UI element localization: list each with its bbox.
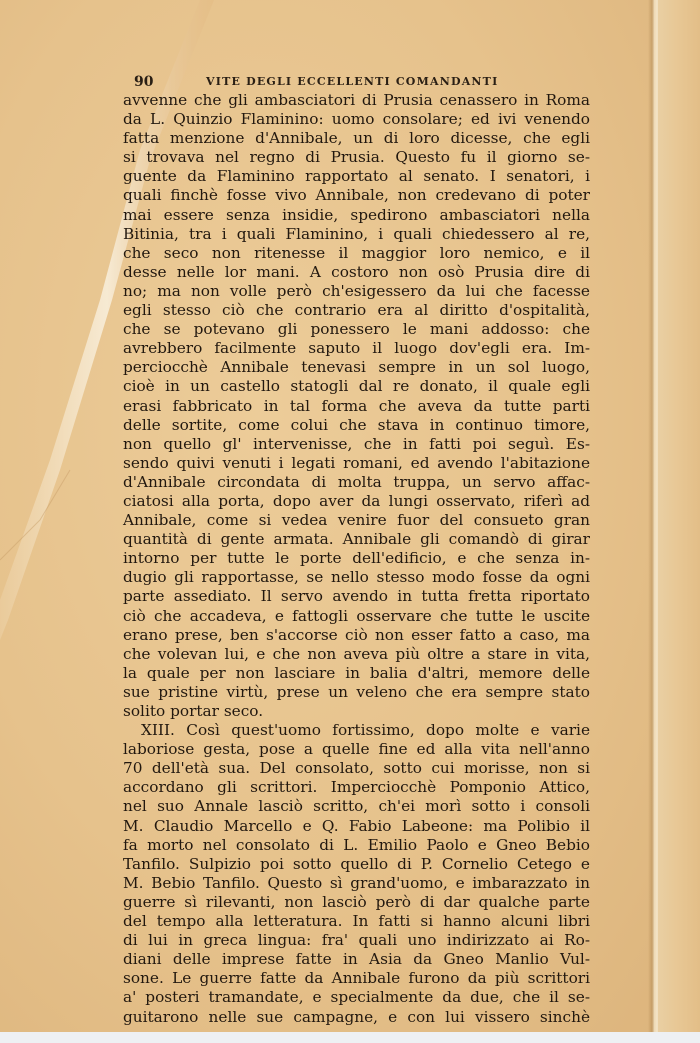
underlying-page-edge xyxy=(656,0,700,1043)
text-line: avvenne che gli ambasciatori di Prusia c… xyxy=(123,91,590,110)
text-line: d'Annibale circondata di molta truppa, u… xyxy=(123,473,590,492)
text-line: intorno per tutte le porte dell'edificio… xyxy=(123,549,590,568)
text-line: mai essere senza insidie, spedirono amba… xyxy=(123,206,590,225)
running-header: 90 VITE DEGLI ECCELLENTI COMANDANTI xyxy=(134,74,594,92)
text-line: solito portar seco. xyxy=(123,702,590,721)
text-line: delle sortite, come colui che stava in c… xyxy=(123,416,590,435)
text-line: di lui in greca lingua: fra' quali uno i… xyxy=(123,931,590,950)
text-line: nel suo Annale lasciò scritto, ch'ei mor… xyxy=(123,797,590,816)
text-line: la quale per non lasciare in balia d'alt… xyxy=(123,664,590,683)
text-line: che seco non ritenesse il maggior loro n… xyxy=(123,244,590,263)
text-line: sendo quivi venuti i legati romani, ed a… xyxy=(123,454,590,473)
text-line: guerre sì rilevanti, non lasciò però di … xyxy=(123,893,590,912)
text-line: ciatosi alla porta, dopo aver da lungi o… xyxy=(123,492,590,511)
text-line: ciò che accadeva, e fattogli osservare c… xyxy=(123,607,590,626)
chapter-start-line: XIII. Così quest'uomo fortissimo, dopo m… xyxy=(123,721,590,740)
text-line: erano prese, ben s'accorse ciò non esser… xyxy=(123,626,590,645)
text-line: che volevan lui, e che non aveva più olt… xyxy=(123,645,590,664)
text-line: Annibale, come si vedea venire fuor del … xyxy=(123,511,590,530)
text-line: egli stesso ciò che contrario era al dir… xyxy=(123,301,590,320)
running-head-title: VITE DEGLI ECCELLENTI COMANDANTI xyxy=(206,75,498,88)
text-line: da L. Quinzio Flaminino: uomo consolare;… xyxy=(123,110,590,129)
text-line: sue pristine virtù, prese un veleno che … xyxy=(123,683,590,702)
text-line: erasi fabbricato in tal forma che aveva … xyxy=(123,397,590,416)
text-line: perciocchè Annibale tenevasi sempre in u… xyxy=(123,358,590,377)
text-line: M. Bebio Tanfilo. Questo sì grand'uomo, … xyxy=(123,874,590,893)
text-line: non quello gl' intervenisse, che in fatt… xyxy=(123,435,590,454)
text-line: fa morto nel consolato di L. Emilio Paol… xyxy=(123,836,590,855)
text-line: accordano gli scrittori. Imperciocchè Po… xyxy=(123,778,590,797)
text-line: avrebbero facilmente saputo il luogo dov… xyxy=(123,339,590,358)
text-line: cioè in un castello statogli dal re dona… xyxy=(123,377,590,396)
page-fold-right xyxy=(648,0,658,1032)
text-line: laboriose gesta, pose a quelle fine ed a… xyxy=(123,740,590,759)
text-line: quali finchè fosse vivo Annibale, non cr… xyxy=(123,186,590,205)
text-line: sone. Le guerre fatte da Annibale furono… xyxy=(123,969,590,988)
body-text: avvenne che gli ambasciatori di Prusia c… xyxy=(123,91,590,1027)
page-number: 90 xyxy=(134,74,153,90)
text-line: quantità di gente armata. Annibale gli c… xyxy=(123,530,590,549)
text-line: che se potevano gli ponessero le mani ad… xyxy=(123,320,590,339)
text-line: diani delle imprese fatte in Asia da Gne… xyxy=(123,950,590,969)
text-line: a' posteri tramandate, e specialmente da… xyxy=(123,988,590,1007)
text-line: Tanfilo. Sulpizio poi sotto quello di P.… xyxy=(123,855,590,874)
text-line: dugio gli rapportasse, se nello stesso m… xyxy=(123,568,590,587)
text-line: guente da Flaminino rapportato al senato… xyxy=(123,167,590,186)
text-line: si trovava nel regno di Prusia. Questo f… xyxy=(123,148,590,167)
text-line: 70 dell'età sua. Del consolato, sotto cu… xyxy=(123,759,590,778)
text-line: desse nelle lor mani. A costoro non osò … xyxy=(123,263,590,282)
text-line: parte assediato. Il servo avendo in tutt… xyxy=(123,587,590,606)
text-line: Bitinia, tra i quali Flaminino, i quali … xyxy=(123,225,590,244)
text-line: guitarono nelle sue campagne, e con lui … xyxy=(123,1008,590,1027)
scan-background xyxy=(0,1032,700,1043)
text-line: fatta menzione d'Annibale, un di loro di… xyxy=(123,129,590,148)
text-line: no; ma non volle però ch'esigessero da l… xyxy=(123,282,590,301)
text-line: del tempo alla letteratura. In fatti si … xyxy=(123,912,590,931)
text-line: M. Claudio Marcello e Q. Fabio Labeone: … xyxy=(123,817,590,836)
